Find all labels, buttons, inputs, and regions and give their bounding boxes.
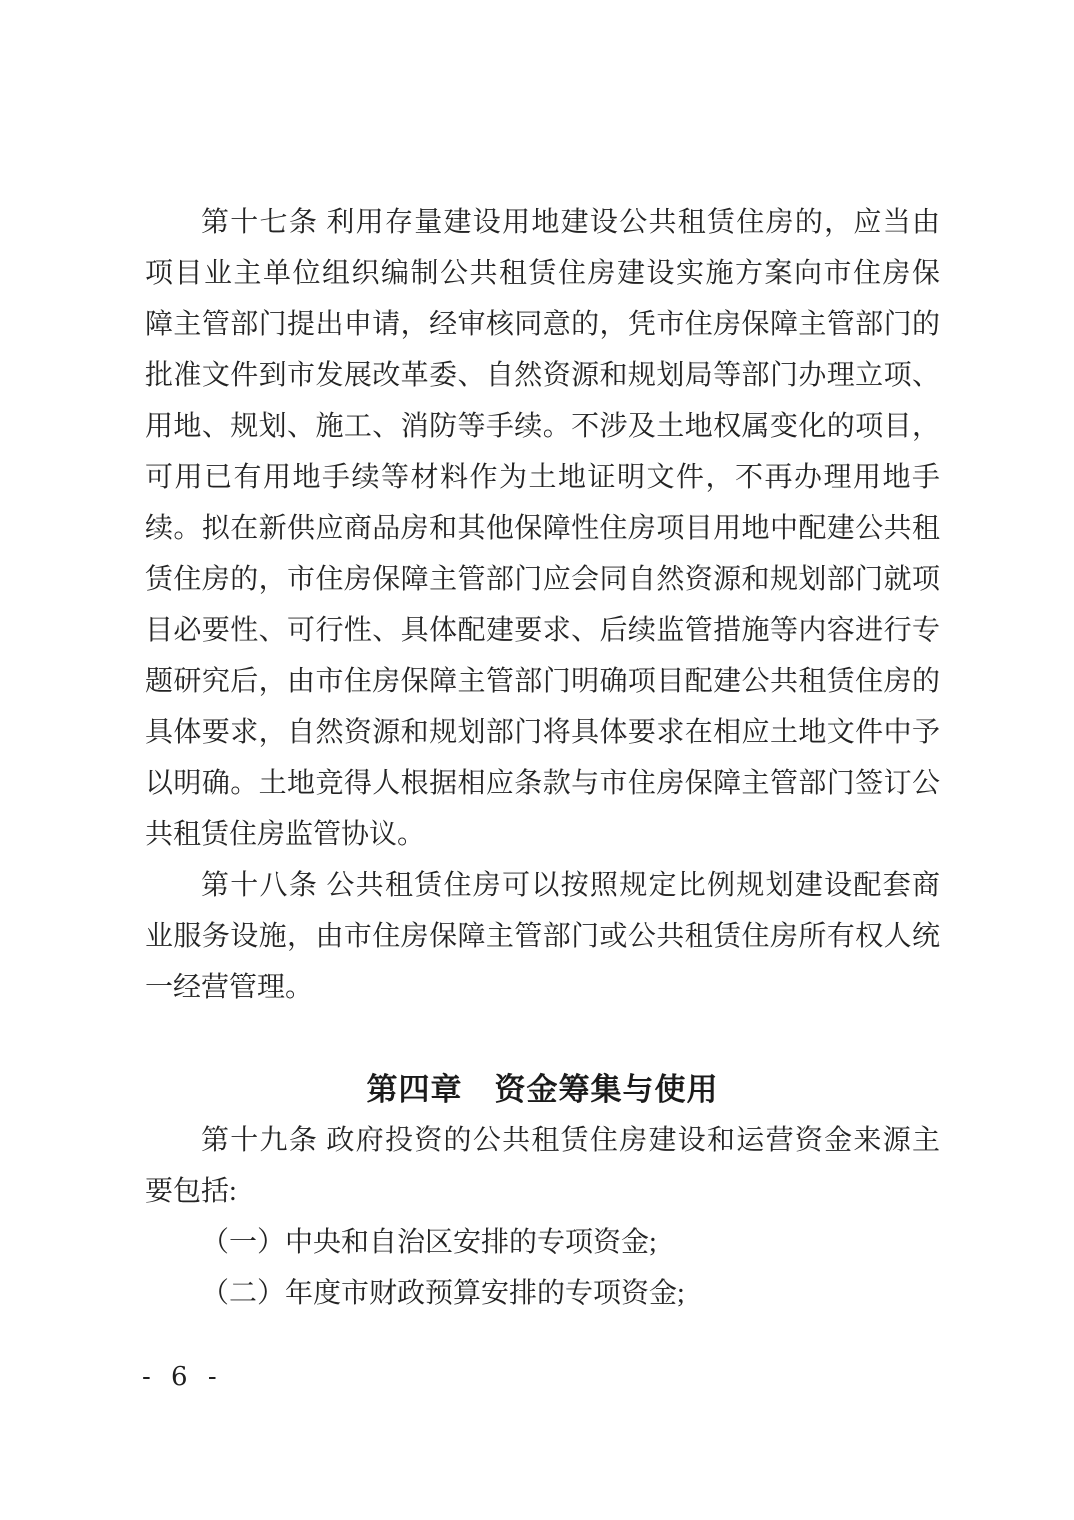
body-text-line: 可用已有用地手续等材料作为土地证明文件，不再办理用地手: [145, 452, 940, 503]
body-text-line: 第十八条 公共租赁住房可以按照规定比例规划建设配套商: [145, 860, 940, 911]
body-text-line: 续。拟在新供应商品房和其他保障性住房项目用地中配建公共租: [145, 503, 940, 554]
body-text-line: 障主管部门提出申请，经审核同意的，凭市住房保障主管部门的: [145, 299, 940, 350]
body-text-line: 题研究后，由市住房保障主管部门明确项目配建公共租赁住房的: [145, 656, 940, 707]
body-text-line: 要包括:: [145, 1166, 940, 1217]
body-text-line: 用地、规划、施工、消防等手续。不涉及土地权属变化的项目，: [145, 401, 940, 452]
blank-line: [145, 1013, 940, 1064]
body-text-line: 第十九条 政府投资的公共租赁住房建设和运营资金来源主: [145, 1115, 940, 1166]
body-text-line: 第十七条 利用存量建设用地建设公共租赁住房的，应当由: [145, 197, 940, 248]
body-text-line: 具体要求，自然资源和规划部门将具体要求在相应土地文件中予: [145, 707, 940, 758]
document-body: 第十七条 利用存量建设用地建设公共租赁住房的，应当由 项目业主单位组织编制公共租…: [145, 197, 940, 1319]
body-text-line: 业服务设施，由市住房保障主管部门或公共租赁住房所有权人统: [145, 911, 940, 962]
body-text-line: 目必要性、可行性、具体配建要求、后续监管措施等内容进行专: [145, 605, 940, 656]
body-text-line: 一经营管理。: [145, 962, 940, 1013]
page-number: - 6 -: [142, 1352, 223, 1403]
body-text-line: 共租赁住房监管协议。: [145, 809, 940, 860]
document-page: 第十七条 利用存量建设用地建设公共租赁住房的，应当由 项目业主单位组织编制公共租…: [0, 0, 1074, 1520]
body-text-line: 项目业主单位组织编制公共租赁住房建设实施方案向市住房保: [145, 248, 940, 299]
body-text-line: 以明确。土地竞得人根据相应条款与市住房保障主管部门签订公: [145, 758, 940, 809]
body-text-line: 赁住房的，市住房保障主管部门应会同自然资源和规划部门就项: [145, 554, 940, 605]
body-text-line: 批准文件到市发展改革委、自然资源和规划局等部门办理立项、: [145, 350, 940, 401]
list-item-line: （一）中央和自治区安排的专项资金;: [145, 1217, 940, 1268]
chapter-heading: 第四章 资金筹集与使用: [145, 1064, 940, 1115]
list-item-line: （二）年度市财政预算安排的专项资金;: [145, 1268, 940, 1319]
